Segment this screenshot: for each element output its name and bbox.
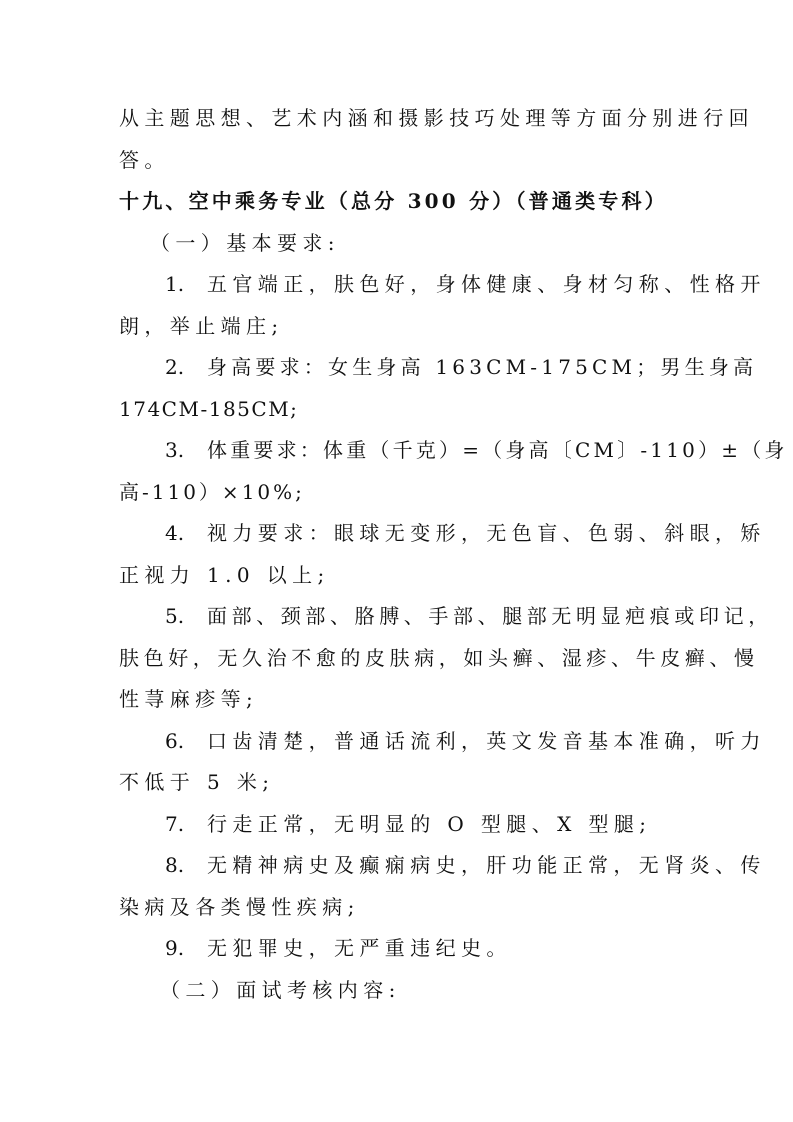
list-item-6-continuation: 不低于 5 米; — [119, 767, 274, 797]
list-item-number: 1. — [165, 269, 207, 299]
list-item-7: 7.行走正常，无明显的 O 型腿、X 型腿; — [165, 809, 651, 839]
list-item-text: 面部、颈部、胳膊、手部、腿部无明显疤痕或印记， — [207, 604, 773, 628]
section-title: 十九、空中乘务专业（总分 300 分）（普通类专科） — [119, 186, 668, 216]
list-item-2: 2.身高要求：女生身高 163CM-175CM；男生身高 — [165, 352, 757, 382]
list-item-4: 4.视力要求：眼球无变形，无色盲、色弱、斜眼，矫 — [165, 518, 766, 548]
list-item-5-continuation-2: 性荨麻疹等; — [119, 684, 258, 714]
list-item-8-continuation: 染病及各类慢性疾病; — [119, 892, 360, 922]
list-item-3: 3.体重要求：体重（千克）=（身高〔CM〕-110）±（身 — [165, 435, 788, 465]
list-item-text: 身高要求：女生身高 163CM-175CM；男生身高 — [207, 355, 757, 379]
list-item-number: 4. — [165, 518, 207, 548]
list-item-8: 8.无精神病史及癫痫病史，肝功能正常，无肾炎、传 — [165, 850, 766, 880]
subsection-2-title: （二）面试考核内容: — [160, 975, 401, 1005]
list-item-3-continuation: 高-110）×10%; — [119, 477, 305, 507]
list-item-5: 5.面部、颈部、胳膊、手部、腿部无明显疤痕或印记， — [165, 601, 773, 631]
list-item-text: 无精神病史及癫痫病史，肝功能正常，无肾炎、传 — [207, 853, 766, 877]
intro-line-2: 答。 — [119, 145, 170, 175]
list-item-2-continuation: 174CM-185CM; — [119, 394, 298, 424]
list-item-number: 9. — [165, 933, 207, 963]
list-item-1: 1.五官端正，肤色好，身体健康、身材匀称、性格开 — [165, 269, 766, 299]
list-item-4-continuation: 正视力 1.0 以上; — [119, 560, 330, 590]
list-item-text: 视力要求：眼球无变形，无色盲、色弱、斜眼，矫 — [207, 521, 766, 545]
intro-line-1: 从主题思想、艺术内涵和摄影技巧处理等方面分别进行回 — [119, 103, 754, 133]
list-item-5-continuation-1: 肤色好，无久治不愈的皮肤病，如头癣、湿疹、牛皮癣、慢 — [119, 643, 759, 673]
list-item-number: 2. — [165, 352, 207, 382]
list-item-number: 3. — [165, 435, 207, 465]
list-item-number: 8. — [165, 850, 207, 880]
list-item-9: 9.无犯罪史，无严重违纪史。 — [165, 933, 512, 963]
list-item-text: 行走正常，无明显的 O 型腿、X 型腿; — [207, 812, 651, 836]
list-item-number: 6. — [165, 726, 207, 756]
list-item-number: 7. — [165, 809, 207, 839]
document-page: 从主题思想、艺术内涵和摄影技巧处理等方面分别进行回 答。 十九、空中乘务专业（总… — [0, 0, 793, 1122]
list-item-1-continuation: 朗，举止端庄; — [119, 311, 284, 341]
subsection-1-title: （一）基本要求: — [150, 228, 340, 258]
list-item-text: 口齿清楚，普通话流利，英文发音基本准确，听力 — [207, 729, 766, 753]
list-item-number: 5. — [165, 601, 207, 631]
list-item-text: 体重要求：体重（千克）=（身高〔CM〕-110）±（身 — [207, 438, 788, 462]
list-item-text: 五官端正，肤色好，身体健康、身材匀称、性格开 — [207, 272, 766, 296]
list-item-text: 无犯罪史，无严重违纪史。 — [207, 936, 512, 960]
list-item-6: 6.口齿清楚，普通话流利，英文发音基本准确，听力 — [165, 726, 766, 756]
